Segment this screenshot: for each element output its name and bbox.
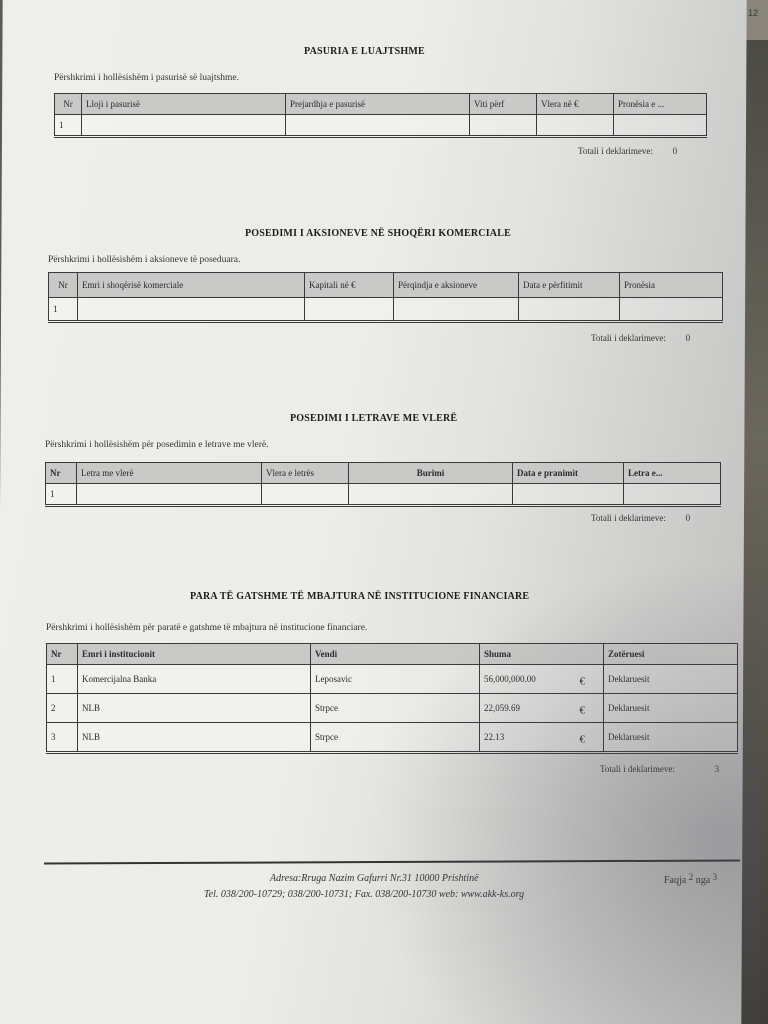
cell-nr: 2 [47, 694, 78, 723]
section-description-movable-assets: Përshkrimi i hollësishëm i pasurisë së l… [54, 73, 239, 83]
col-header-security-type: Letra e... [624, 463, 721, 484]
cell-value [537, 115, 614, 137]
table-shares: Nr Emri i shoqërisë komerciale Kapitali … [48, 272, 723, 323]
col-header-ownership: Pronësia e ... [614, 94, 707, 115]
section-description-cash: Përshkrimi i hollësishëm për paratë e ga… [46, 623, 367, 633]
cell-nr: 1 [47, 665, 78, 694]
col-header-value: Vlera në € [537, 94, 614, 115]
col-header-amount: Shuma [480, 644, 604, 665]
euro-icon: € [580, 733, 586, 745]
table-row: 2 NLB Strpce 22,059.69 € Deklaruesit [47, 694, 738, 723]
cell-nr: 1 [49, 298, 78, 322]
col-header-owner: Zotëruesi [604, 644, 738, 665]
table-row: 1 [49, 298, 723, 322]
cell-place: Strpce [311, 723, 480, 753]
col-header-nr: Nr [49, 273, 78, 298]
cell-year [470, 115, 537, 137]
total-label: Totali i deklarimeve: [591, 513, 666, 523]
cell-amount: 56,000,000.00 € [480, 665, 604, 694]
cell-institution: NLB [78, 723, 311, 753]
cell-acquisition-date [519, 298, 620, 322]
total-cash: Totali i deklarimeve: 3 [600, 764, 719, 774]
page-separator: nga [696, 875, 710, 886]
section-title-securities: POSEDIMI I LETRAVE ME VLERË [290, 413, 457, 424]
table-row: 1 [55, 115, 707, 137]
euro-icon: € [580, 675, 586, 687]
total-label: Totali i deklarimeve: [591, 333, 666, 343]
table-row: 1 Komercijalna Banka Leposavic 56,000,00… [47, 665, 738, 694]
cell-place: Leposavic [311, 665, 480, 694]
page-label: Faqja [664, 875, 686, 886]
col-header-nr: Nr [46, 463, 77, 484]
cell-security-value [262, 484, 349, 506]
table-header-row: Nr Letra me vlerë Vlera e letrës Burimi … [46, 463, 721, 484]
col-header-nr: Nr [55, 94, 82, 115]
table-row: 1 [46, 484, 721, 506]
cell-security-type [624, 484, 721, 506]
amount-value: 22,059.69 [484, 703, 520, 713]
col-header-ownership: Pronësia [620, 273, 723, 298]
footer-contact: Tel. 038/200-10729; 038/200-10731; Fax. … [204, 889, 524, 900]
amount-value: 56,000,000.00 [484, 674, 536, 684]
col-header-acquisition-date: Data e përfitimit [519, 273, 620, 298]
cell-owner: Deklaruesit [604, 694, 738, 723]
cell-capital [305, 298, 394, 322]
section-title-movable-assets: PASURIA E LUAJTSHME [304, 46, 425, 57]
section-title-cash: PARA TË GATSHME TË MBAJTURA NË INSTITUCI… [190, 591, 529, 602]
footer-address: Adresa:Rruga Nazim Gafurri Nr.31 10000 P… [270, 873, 479, 884]
total-value: 0 [668, 333, 690, 343]
cell-institution: Komercijalna Banka [78, 665, 311, 694]
cell-amount: 22,059.69 € [480, 694, 604, 723]
total-value: 3 [677, 764, 719, 774]
cell-institution: NLB [78, 694, 311, 723]
section-description-securities: Përshkrimi i hollësishëm për posedimin e… [45, 440, 268, 450]
col-header-source: Burimi [349, 463, 513, 484]
col-header-type: Lloji i pasurisë [82, 94, 286, 115]
page-number: Faqja 2 nga 3 [664, 872, 717, 886]
cell-receipt-date [513, 484, 624, 506]
col-header-place: Vendi [311, 644, 480, 665]
page-total: 3 [713, 872, 718, 882]
col-header-share-percentage: Përqindja e aksioneve [394, 273, 519, 298]
col-header-year: Viti përf [470, 94, 537, 115]
cell-place: Strpce [311, 694, 480, 723]
col-header-receipt-date: Data e pranimit [513, 463, 624, 484]
cell-security [77, 484, 262, 506]
col-header-institution: Emri i institucionit [78, 644, 311, 665]
total-value: 0 [655, 146, 677, 156]
table-securities: Nr Letra me vlerë Vlera e letrës Burimi … [45, 462, 721, 507]
cell-nr: 3 [47, 723, 78, 753]
cell-amount: 22.13 € [480, 723, 604, 753]
total-shares: Totali i deklarimeve: 0 [591, 333, 690, 343]
section-title-shares: POSEDIMI I AKSIONEVE NË SHOQËRI KOMERCIA… [245, 228, 511, 239]
col-header-nr: Nr [47, 644, 78, 665]
cell-nr: 1 [46, 484, 77, 506]
col-header-security-value: Vlera e letrës [262, 463, 349, 484]
table-header-row: Nr Emri i institucionit Vendi Shuma Zotë… [47, 644, 738, 665]
col-header-origin: Prejardhja e pasurisë [286, 94, 470, 115]
cell-owner: Deklaruesit [604, 665, 738, 694]
cell-nr: 1 [55, 115, 82, 137]
cell-type [82, 115, 286, 137]
euro-icon: € [580, 704, 586, 716]
cell-share-percentage [394, 298, 519, 322]
col-header-security: Letra me vlerë [77, 463, 262, 484]
table-header-row: Nr Emri i shoqërisë komerciale Kapitali … [49, 273, 723, 298]
table-row: 3 NLB Strpce 22.13 € Deklaruesit [47, 723, 738, 753]
section-description-shares: Përshkrimi i hollësishëm i aksioneve të … [48, 255, 240, 265]
cell-owner: Deklaruesit [604, 723, 738, 753]
cell-ownership [620, 298, 723, 322]
cell-ownership [614, 115, 707, 137]
page-current: 2 [689, 872, 694, 882]
col-header-capital: Kapitali në € [305, 273, 394, 298]
total-movable-assets: Totali i deklarimeve: 0 [578, 146, 677, 156]
amount-value: 22.13 [484, 732, 504, 742]
table-cash: Nr Emri i institucionit Vendi Shuma Zotë… [46, 643, 738, 754]
corner-mark: 12 [748, 8, 758, 18]
cell-source [349, 484, 513, 506]
col-header-company-name: Emri i shoqërisë komerciale [78, 273, 305, 298]
table-movable-assets: Nr Lloji i pasurisë Prejardhja e pasuris… [54, 93, 707, 138]
cell-origin [286, 115, 470, 137]
total-label: Totali i deklarimeve: [578, 146, 653, 156]
cell-company-name [78, 298, 305, 322]
total-value: 0 [668, 513, 690, 523]
table-header-row: Nr Lloji i pasurisë Prejardhja e pasuris… [55, 94, 707, 115]
total-label: Totali i deklarimeve: [600, 764, 675, 774]
total-securities: Totali i deklarimeve: 0 [591, 513, 690, 523]
